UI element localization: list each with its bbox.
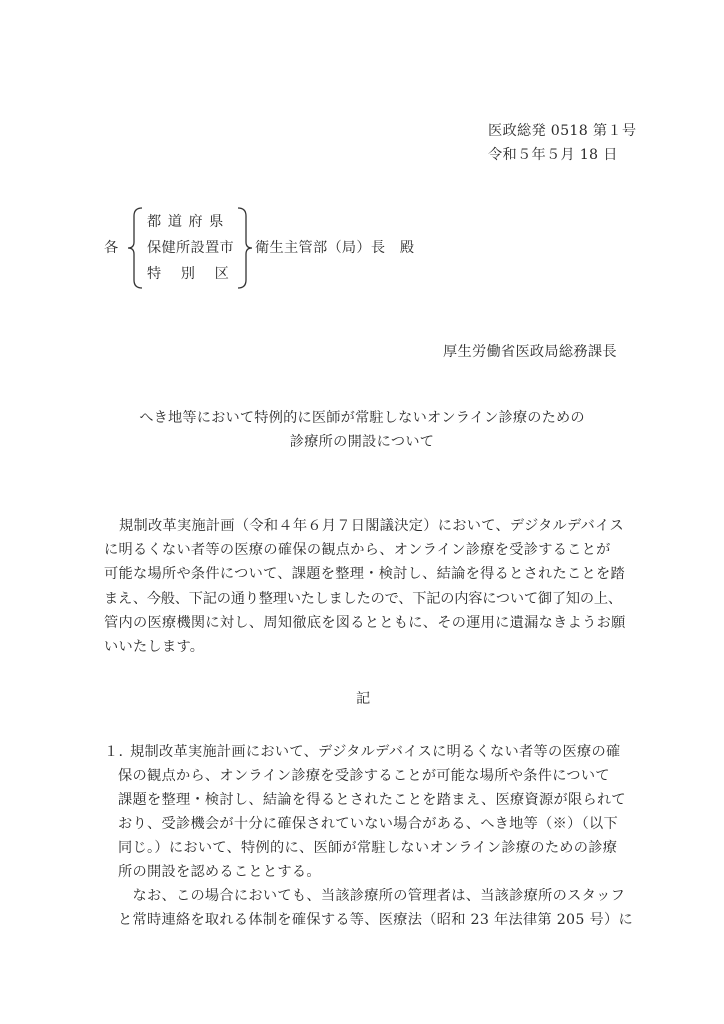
recipient-health-center-cities: 保健所設置市 — [147, 238, 234, 258]
document-title-line2: 診療所の開設について — [0, 432, 724, 452]
document-title-line1: へき地等において特例的に医師が常駐しないオンライン診療のための — [0, 408, 724, 428]
document-page: 医政総発 0518 第１号 令和５年５月 18 日 各 都 道 府 県 保健所設… — [0, 0, 724, 1024]
document-number: 医政総発 0518 第１号 — [488, 121, 636, 141]
intro-line: いいたします。 — [104, 637, 204, 657]
recipient-special-wards: 特 別 区 — [147, 264, 229, 284]
section1-line: おり、受診機会が十分に確保されていない場合がある、へき地等（※）（以下 — [118, 814, 618, 834]
addressee-title: 衛生主管部（局）長 殿 — [255, 238, 414, 258]
section1-line: なお、この場合においても、当該診療所の管理者は、当該診療所のスタッフ — [118, 886, 625, 906]
section1-line: と常時連絡を取れる体制を確保する等、医療法（昭和 23 年法律第 205 号）に — [118, 910, 633, 930]
intro-line: まえ、今般、下記の通り整理いたしましたので、下記の内容について御了知の上、 — [104, 589, 622, 609]
section1-number: １. — [104, 742, 123, 762]
section1-line: 保の観点から、オンライン診療を受診することが可能な場所や条件について — [118, 766, 610, 786]
section1-line: 所の開設を認めることとする。 — [118, 862, 321, 882]
issue-date: 令和５年５月 18 日 — [488, 145, 618, 165]
left-brace-icon — [126, 206, 144, 290]
right-brace-icon — [236, 206, 254, 290]
section1-line: 規制改革実施計画において、デジタルデバイスに明るくない者等の医療の確 — [130, 742, 620, 762]
section1-line: 同じ。）において、特例的に、医師が常駐しないオンライン診療のための診療 — [118, 838, 617, 858]
section1-line: 課題を整理・検討し、結論を得るとされたことを踏まえ、医療資源が限られて — [118, 790, 626, 810]
recipient-prefectures: 都 道 府 県 — [147, 212, 224, 232]
intro-line: 規制改革実施計画（令和４年６月７日閣議決定）において、デジタルデバイス — [119, 516, 624, 536]
ki-label: 記 — [356, 689, 371, 709]
intro-line: 可能な場所や条件について、課題を整理・検討し、結論を得るとされたことを踏 — [104, 564, 625, 584]
sender: 厚生労働省医政局総務課長 — [443, 342, 617, 362]
intro-line: 管内の医療機関に対し、周知徹底を図るとともに、その運用に遺漏なきようお願 — [104, 613, 626, 633]
addressee-prefix: 各 — [104, 238, 119, 258]
intro-line: に明るくない者等の医療の確保の観点から、オンライン診療を受診することが — [104, 540, 611, 560]
